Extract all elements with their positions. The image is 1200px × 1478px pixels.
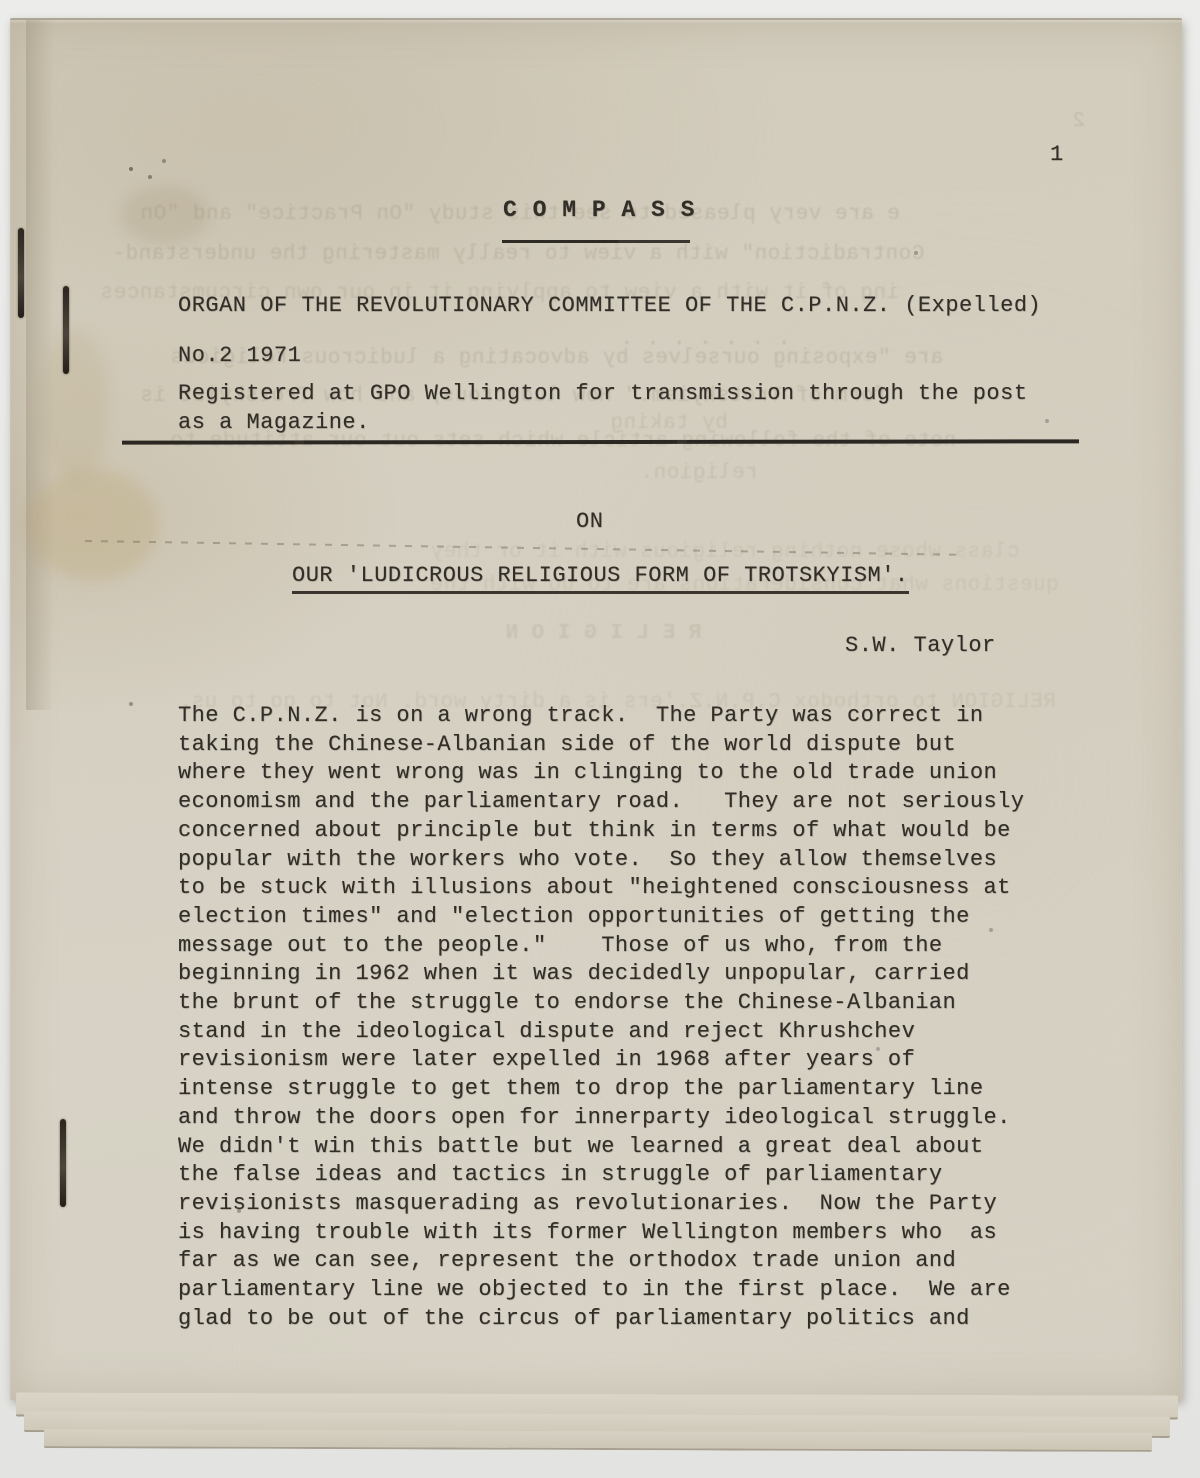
- staple-bottom-leg: [60, 1119, 66, 1207]
- ink-specks: [0, 0, 2, 2]
- bleed-through-text: R E L I G I O N: [505, 622, 702, 645]
- bleed-through-text: Contradiction" with a view to really mas…: [112, 243, 924, 266]
- registration-line-2: as a Magazine.: [178, 410, 370, 435]
- article-body: The C.P.N.Z. is on a wrong track. The Pa…: [178, 702, 1083, 1333]
- bleed-through-text: 2: [1072, 110, 1085, 133]
- staple-top-left-leg: [18, 228, 24, 318]
- scanned-document-page: e are very pleased to see this study "On…: [0, 0, 1200, 1478]
- page-number: 1: [1050, 142, 1064, 167]
- registration-line-1: Registered at GPO Wellington for transmi…: [178, 381, 1028, 406]
- paper-stain: [28, 470, 158, 580]
- under-sheet-edge: [44, 1429, 1152, 1452]
- article-title-text: OUR 'LUDICROUS RELIGIOUS FORM OF TROTSKY…: [292, 563, 909, 594]
- masthead-title: C O M P A S S: [503, 197, 695, 223]
- author-name: S.W. Taylor: [845, 633, 996, 658]
- article-title: OUR 'LUDICROUS RELIGIOUS FORM OF TROTSKY…: [292, 563, 909, 588]
- masthead-underline: [502, 240, 690, 243]
- organ-line: ORGAN OF THE REVOLUTIONARY COMMITTEE OF …: [178, 293, 1041, 318]
- staple-top-right-leg: [63, 286, 69, 374]
- issue-line: No.2 1971: [178, 343, 301, 368]
- section-heading: ON: [576, 509, 603, 534]
- paper-stain: [40, 330, 110, 480]
- bleed-through-text: religion.: [640, 462, 758, 485]
